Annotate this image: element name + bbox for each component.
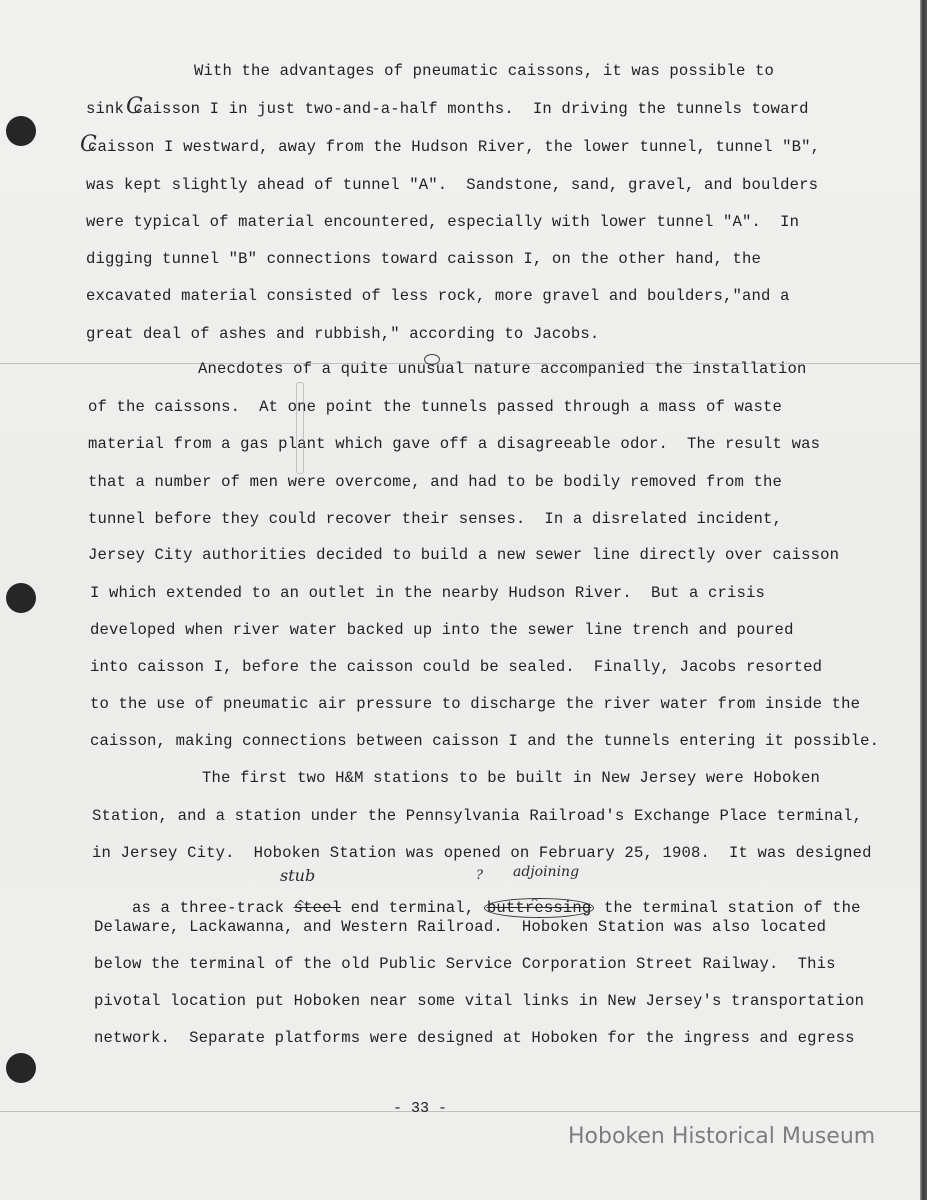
text-line: in Jersey City. Hoboken Station was open… [92,844,872,862]
edited-text-part2: end terminal, [341,899,484,917]
text-line: was kept slightly ahead of tunnel "A". S… [86,176,818,194]
watermark: Hoboken Historical Museum [568,1124,875,1149]
handwritten-capital-c-1: C [126,94,143,119]
text-line: caisson I westward, away from the Hudson… [88,138,820,156]
page-number: - 33 - [393,1100,447,1117]
pencil-stroke-mark [296,382,304,474]
text-line: sink caisson I in just two-and-a-half mo… [86,100,809,118]
text-line: into caisson I, before the caisson could… [90,658,822,676]
text-line: With the advantages of pneumatic caisson… [194,62,774,80]
fold-line-lower [0,1111,920,1112]
document-page: With the advantages of pneumatic caisson… [0,0,922,1200]
handwritten-query-mark: ? [476,868,483,883]
text-line: caisson, making connections between cais… [90,732,879,750]
text-line: great deal of ashes and rubbish," accord… [86,325,599,343]
handwritten-insert-adjoining: adjoining [513,864,579,880]
text-line: that a number of men were overcome, and … [88,473,782,491]
text-line: of the caissons. At one point the tunnel… [88,398,782,416]
punch-hole-bottom [6,1053,36,1083]
text-line: Jersey City authorities decided to build… [88,546,839,564]
handwritten-caret-2: ^ [530,896,539,909]
handwritten-caret-1: ^ [296,898,305,911]
text-line: to the use of pneumatic air pressure to … [90,695,860,713]
text-line: network. Separate platforms were designe… [94,1029,855,1047]
text-line: Anecdotes of a quite unusual nature acco… [198,360,807,378]
text-line: The first two H&M stations to be built i… [202,769,820,787]
text-line: material from a gas plant which gave off… [88,435,820,453]
edited-text-part1: as a three-track [132,899,294,917]
handwritten-capital-c-2: C [80,132,97,157]
text-line: below the terminal of the old Public Ser… [94,955,836,973]
text-line: digging tunnel "B" connections toward ca… [86,250,761,268]
punch-hole-top [6,116,36,146]
text-line: developed when river water backed up int… [90,621,794,639]
pencil-circle-mark [424,354,440,365]
text-line: pivotal location put Hoboken near some v… [94,992,864,1010]
text-line: I which extended to an outlet in the nea… [90,584,765,602]
text-line: were typical of material encountered, es… [86,213,799,231]
page-edge-shadow [920,0,927,1200]
edited-text-line: as a three-track steel end terminal, but… [94,881,861,935]
text-line: excavated material consisted of less roc… [86,287,790,305]
handwritten-insert-stub: stub [280,866,315,885]
punch-hole-middle [6,583,36,613]
text-line: Station, and a station under the Pennsyl… [92,807,862,825]
text-line: tunnel before they could recover their s… [88,510,782,528]
edited-text-part3: the terminal station of the [594,899,860,917]
